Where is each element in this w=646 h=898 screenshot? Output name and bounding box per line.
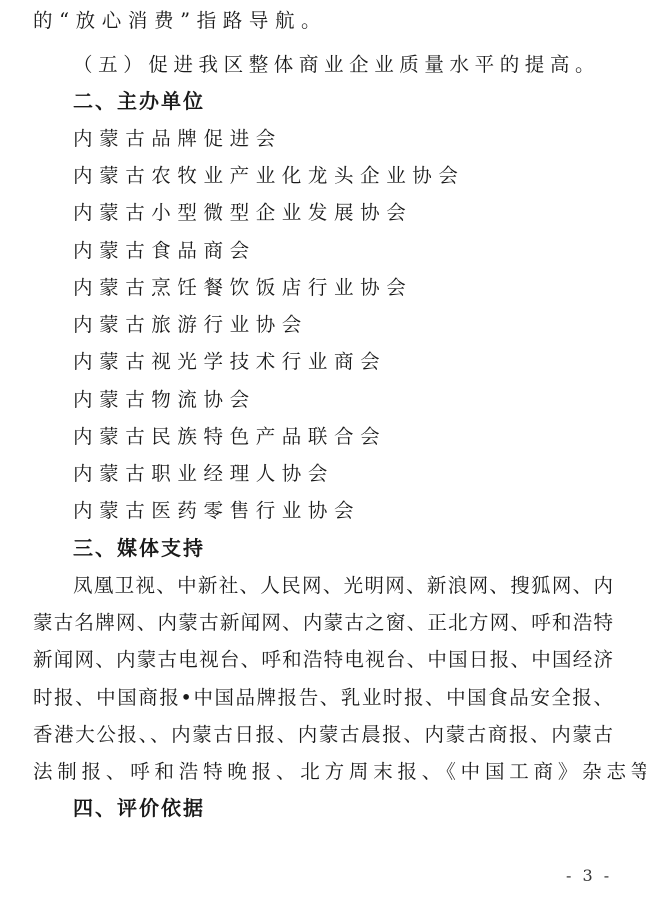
media-line: 法制报、呼和浩特晚报、北方周末报、《中国工商》杂志等。 [33, 753, 613, 790]
media-line: 凤凰卫视、中新社、人民网、光明网、新浪网、搜狐网、内 [73, 567, 613, 604]
media-line: 香港大公报、、内蒙古日报、内蒙古晨报、内蒙古商报、内蒙古 [33, 716, 613, 753]
organizer-item: 内蒙古职业经理人协会 [73, 455, 646, 492]
organizer-item: 内蒙古视光学技术行业商会 [73, 343, 646, 380]
point-five: （五）促进我区整体商业企业质量水平的提高。 [73, 46, 646, 83]
organizer-item: 内蒙古医药零售行业协会 [73, 492, 646, 529]
organizer-item: 内蒙古品牌促进会 [73, 120, 646, 157]
organizer-item: 内蒙古食品商会 [73, 232, 646, 269]
media-line: 时报、中国商报•中国品牌报告、乳业时报、中国食品安全报、 [33, 679, 613, 716]
section-three-heading: 三、媒体支持 [73, 530, 646, 567]
document-page: 的“放心消费”指路导航。 （五）促进我区整体商业企业质量水平的提高。 二、主办单… [0, 0, 646, 898]
organizer-item: 内蒙古物流协会 [73, 381, 646, 418]
organizer-item: 内蒙古小型微型企业发展协会 [73, 194, 646, 231]
section-four-heading: 四、评价依据 [73, 790, 646, 827]
media-line: 蒙古名牌网、内蒙古新闻网、内蒙古之窗、正北方网、呼和浩特 [33, 604, 613, 641]
intro-continuation: 的“放心消费”指路导航。 [33, 2, 613, 39]
section-two-heading: 二、主办单位 [73, 83, 646, 120]
organizer-item: 内蒙古旅游行业协会 [73, 306, 646, 343]
organizer-item: 内蒙古烹饪餐饮饭店行业协会 [73, 269, 646, 306]
media-line: 新闻网、内蒙古电视台、呼和浩特电视台、中国日报、中国经济 [33, 641, 613, 678]
organizer-item: 内蒙古民族特色产品联合会 [73, 418, 646, 455]
organizer-item: 内蒙古农牧业产业化龙头企业协会 [73, 157, 646, 194]
page-number: - 3 - [566, 866, 612, 885]
